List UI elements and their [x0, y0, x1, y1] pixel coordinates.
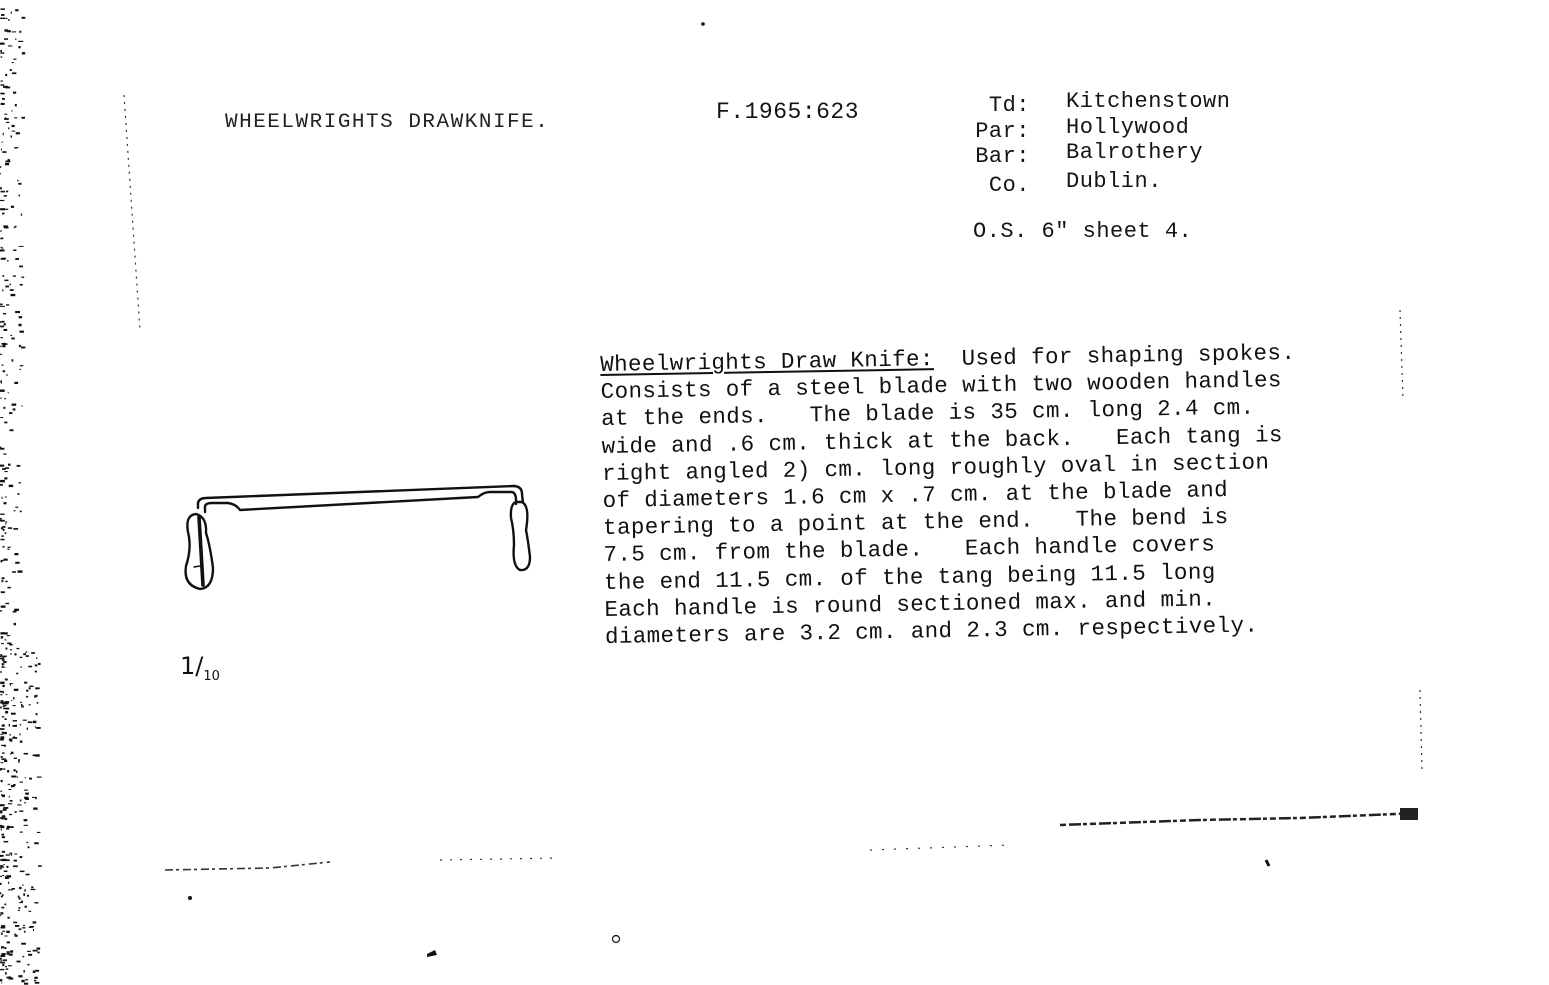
barony-label: Bar:: [960, 144, 1030, 169]
county-label: Co.: [960, 173, 1030, 198]
parish-label: Par:: [960, 119, 1030, 144]
os-sheet-reference: O.S. 6" sheet 4.: [973, 219, 1192, 244]
description-heading: Wheelwrights Draw Knife:: [600, 346, 934, 378]
barony-value: Balrothery: [1066, 140, 1203, 165]
accession-number: F.1965:623: [716, 99, 859, 125]
drawing-scale-note: 1/10: [180, 652, 220, 684]
scale-denominator: 10: [203, 669, 220, 684]
county-value: Dublin.: [1066, 169, 1162, 194]
scale-numerator: 1: [180, 652, 195, 680]
townland-value: Kitchenstown: [1066, 89, 1230, 114]
object-title: WHEELWRIGHTS DRAWKNIFE.: [225, 112, 549, 134]
parish-value: Hollywood: [1066, 115, 1189, 140]
drawknife-illustration: [186, 486, 530, 589]
townland-label: Td:: [960, 93, 1030, 118]
description-block: Wheelwrights Draw Knife: Used for shapin…: [600, 340, 1300, 651]
